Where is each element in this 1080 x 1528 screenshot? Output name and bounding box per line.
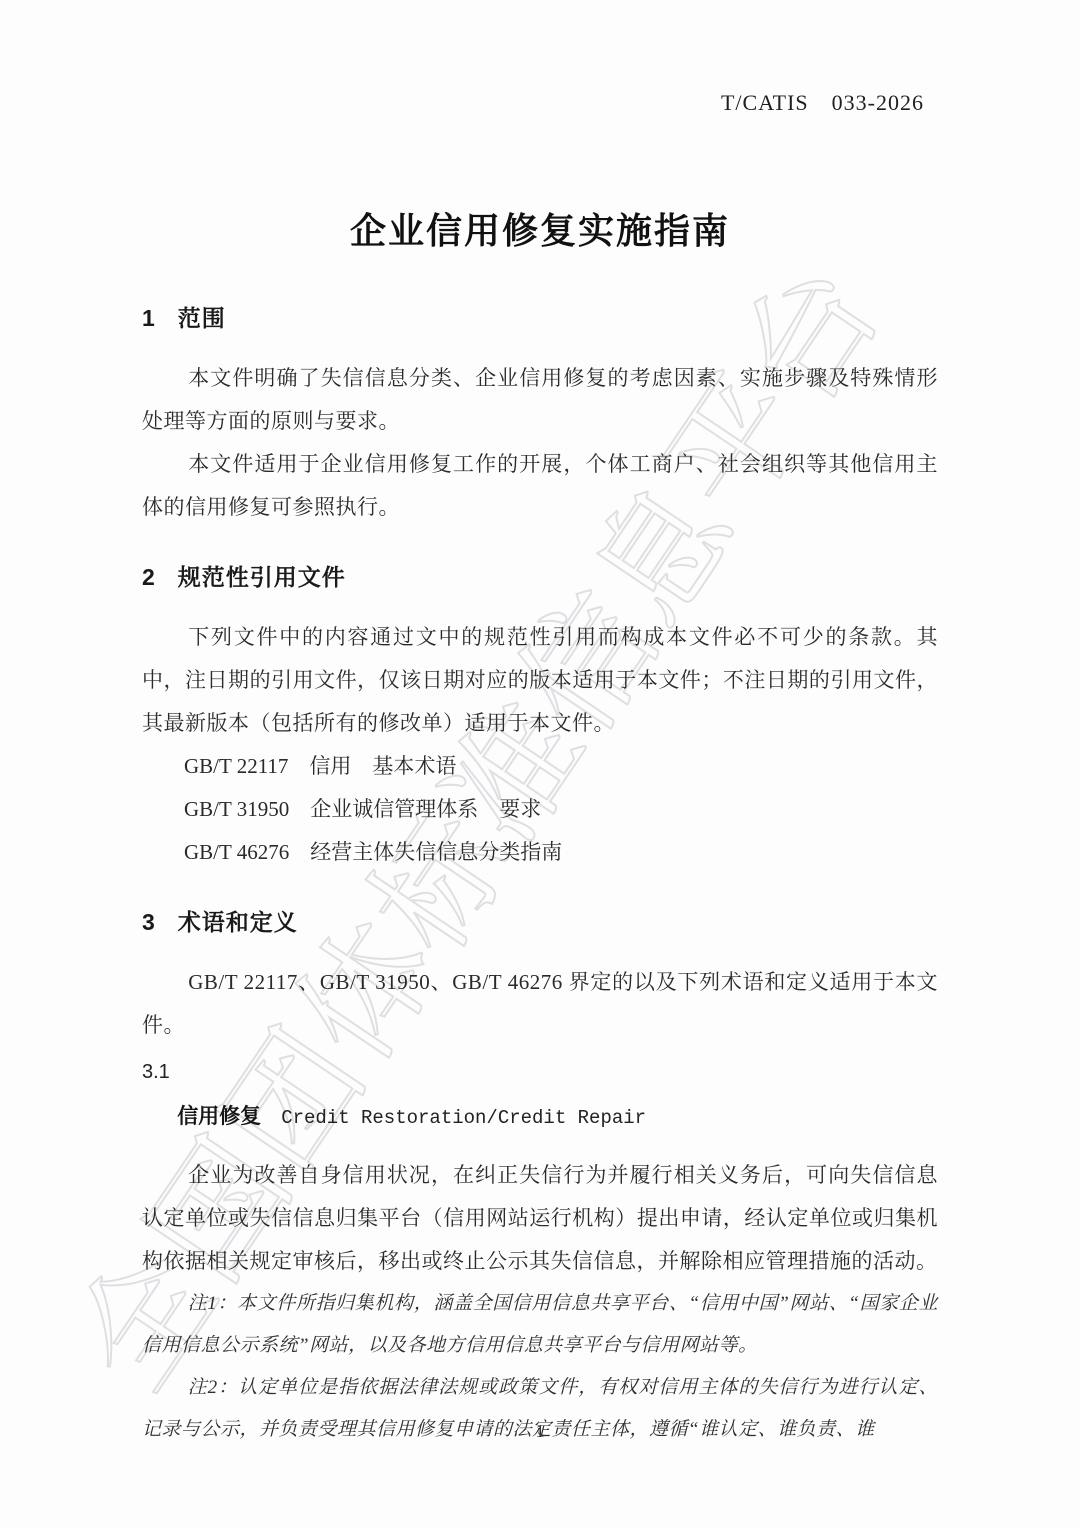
section-3-heading: 3术语和定义 <box>142 904 938 937</box>
references-intro-paragraph: 下列文件中的内容通过文中的规范性引用而构成本文件必不可少的条款。其中，注日期的引… <box>142 616 938 745</box>
section-terms-definitions: 3术语和定义 GB/T 22117、GB/T 31950、GB/T 46276 … <box>142 904 938 1451</box>
section-3-number: 3 <box>142 909 156 935</box>
scope-paragraph-1: 本文件明确了失信信息分类、企业信用修复的考虑因素、实施步骤及特殊情形处理等方面的… <box>142 357 938 443</box>
document-page: 全国团体标准信息平台 T/CATIS 033-2026 企业信用修复实施指南 1… <box>0 0 1080 1528</box>
reference-item: GB/T 22117 信用 基本术语 <box>142 745 938 788</box>
section-1-heading: 1范围 <box>142 300 938 333</box>
section-2-heading: 2规范性引用文件 <box>142 559 938 592</box>
section-1-title: 范围 <box>178 305 226 331</box>
section-2-number: 2 <box>142 564 156 590</box>
terms-intro-paragraph: GB/T 22117、GB/T 31950、GB/T 46276 界定的以及下列… <box>142 961 938 1047</box>
section-1-number: 1 <box>142 305 156 331</box>
note-1: 注1：本文件所指归集机构，涵盖全国信用信息共享平台、“信用中国”网站、“国家企业… <box>142 1283 938 1367</box>
document-title: 企业信用修复实施指南 <box>142 203 938 254</box>
term-name-en: Credit Restoration/Credit Repair <box>281 1107 646 1129</box>
page-number: 1 <box>0 1421 1080 1442</box>
section-2-title: 规范性引用文件 <box>178 564 346 590</box>
term-definition-paragraph: 企业为改善自身信用状况，在纠正失信行为并履行相关义务后，可向失信信息认定单位或失… <box>142 1154 938 1283</box>
term-name-zh: 信用修复 <box>177 1105 261 1128</box>
page-content: T/CATIS 033-2026 企业信用修复实施指南 1范围 本文件明确了失信… <box>0 0 1080 1451</box>
section-normative-references: 2规范性引用文件 下列文件中的内容通过文中的规范性引用而构成本文件必不可少的条款… <box>142 559 938 874</box>
standard-number: T/CATIS 033-2026 <box>142 86 938 117</box>
clause-number: 3.1 <box>142 1061 938 1084</box>
reference-item: GB/T 46276 经营主体失信信息分类指南 <box>142 831 938 874</box>
term-line: 信用修复Credit Restoration/Credit Repair <box>142 1100 938 1136</box>
section-scope: 1范围 本文件明确了失信信息分类、企业信用修复的考虑因素、实施步骤及特殊情形处理… <box>142 300 938 529</box>
reference-item: GB/T 31950 企业诚信管理体系 要求 <box>142 788 938 831</box>
scope-paragraph-2: 本文件适用于企业信用修复工作的开展，个体工商户、社会组织等其他信用主体的信用修复… <box>142 443 938 529</box>
section-3-title: 术语和定义 <box>178 909 298 935</box>
